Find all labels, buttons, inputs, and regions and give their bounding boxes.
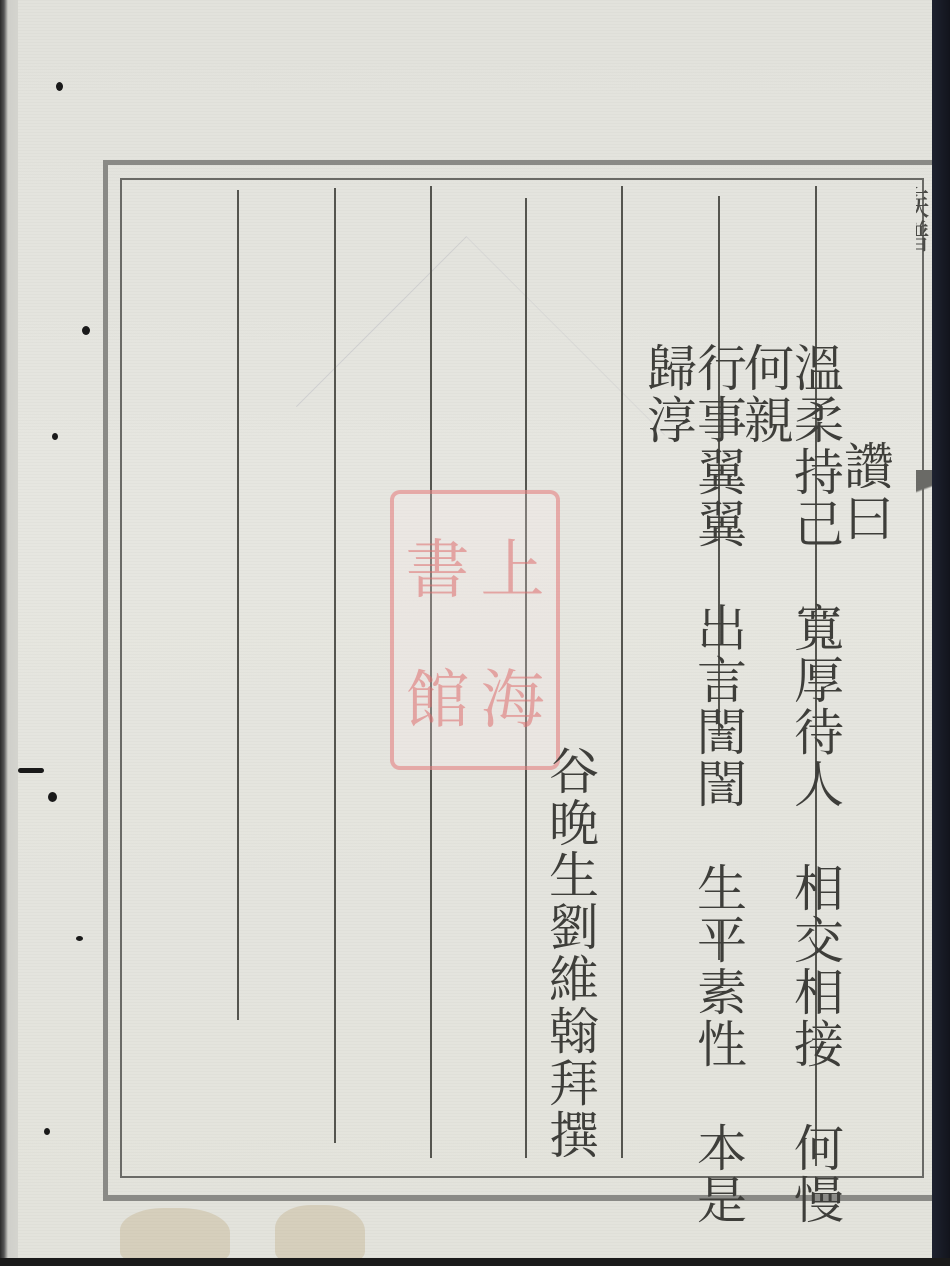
worm-hole bbox=[82, 326, 90, 335]
text-column-1: 溫柔持己 寬厚待人 相交相接 何慢何親 bbox=[740, 342, 840, 1266]
worm-hole bbox=[56, 82, 63, 91]
column-rule bbox=[621, 186, 623, 1158]
worm-hole bbox=[18, 768, 44, 773]
heading-zan-yue: 讚曰 bbox=[840, 440, 890, 544]
text-column-2: 行事翼翼 出言誾誾 生平素性 本是歸淳 bbox=[643, 342, 743, 1266]
worm-hole bbox=[52, 433, 58, 440]
worm-hole bbox=[44, 1128, 50, 1135]
water-stain bbox=[275, 1205, 365, 1263]
book-spine-edge bbox=[932, 0, 950, 1266]
column-rule bbox=[334, 188, 336, 1143]
seal-char: 海 bbox=[475, 630, 550, 760]
seal-char: 館 bbox=[400, 630, 475, 760]
water-stain bbox=[120, 1208, 230, 1263]
worm-hole bbox=[76, 936, 83, 941]
seal-char: 上 bbox=[475, 500, 550, 630]
seal-char: 書 bbox=[400, 500, 475, 630]
column-rule bbox=[237, 190, 239, 1020]
text-column-3-signature: 谷晚生劉維翰拜撰 bbox=[545, 745, 595, 1161]
worm-hole bbox=[48, 792, 57, 802]
library-seal: 書 上 館 海 bbox=[390, 490, 560, 770]
page-bottom-edge bbox=[0, 1258, 950, 1266]
